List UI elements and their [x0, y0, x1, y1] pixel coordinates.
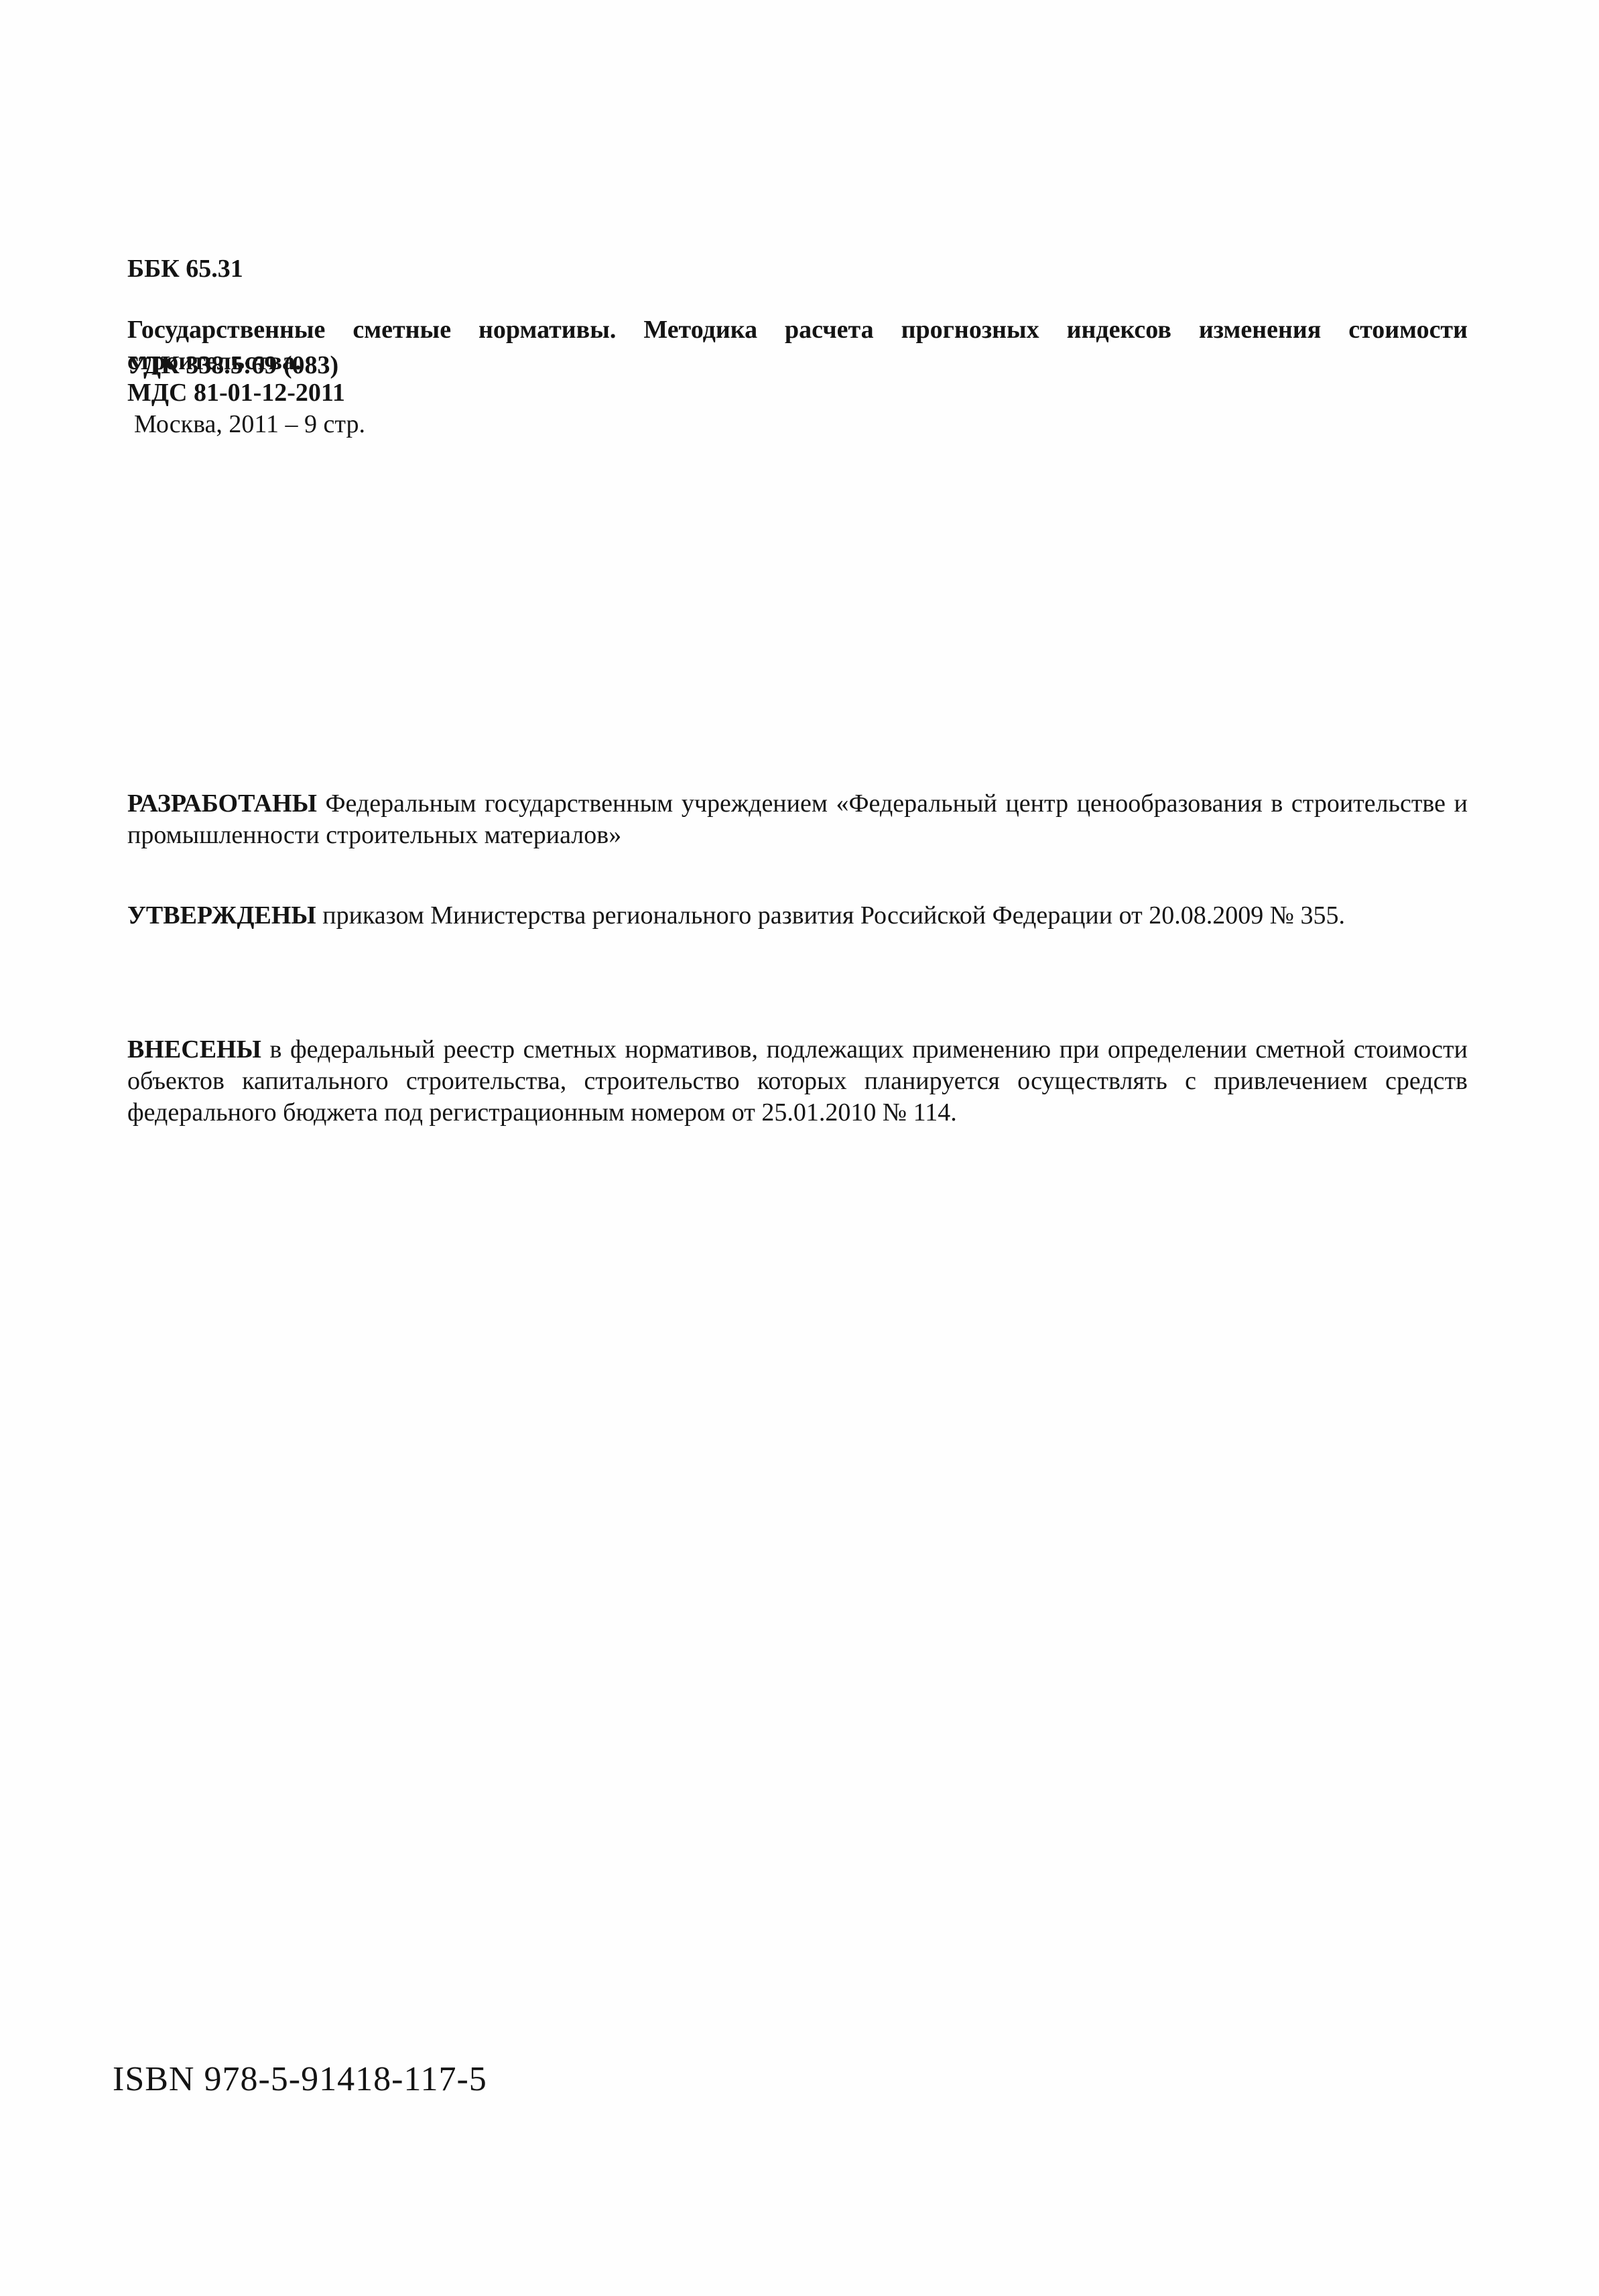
approved-text: приказом Министерства регионального разв… [322, 901, 1345, 930]
approved-label: УТВЕРЖДЕНЫ [127, 901, 316, 930]
developed-label: РАЗРАБОТАНЫ [127, 789, 317, 818]
developed-text: Федеральным государственным учреждением … [127, 789, 1468, 849]
developed-paragraph: РАЗРАБОТАНЫ Федеральным государственным … [127, 788, 1468, 851]
document-title: Государственные сметные нормативы. Метод… [127, 314, 1468, 377]
document-code: МДС 81-01-12-2011 [127, 377, 1468, 409]
bbk-code: ББК 65.31 [127, 253, 1468, 285]
document-page: ББК 65.31 УДК 338.5:69 (083) Государстве… [0, 0, 1599, 2296]
entered-text: в федеральный реестр сметных нормативов,… [127, 1035, 1468, 1127]
entered-paragraph: ВНЕСЕНЫ в федеральный реестр сметных нор… [127, 1034, 1468, 1129]
approved-paragraph: УТВЕРЖДЕНЫ приказом Министерства региона… [127, 900, 1468, 932]
entered-label: ВНЕСЕНЫ [127, 1035, 261, 1064]
title-block: Государственные сметные нормативы. Метод… [127, 314, 1468, 440]
imprint-line: Москва, 2011 – 9 стр. [127, 409, 1468, 440]
isbn: ISBN 978-5-91418-117-5 [113, 2059, 487, 2100]
